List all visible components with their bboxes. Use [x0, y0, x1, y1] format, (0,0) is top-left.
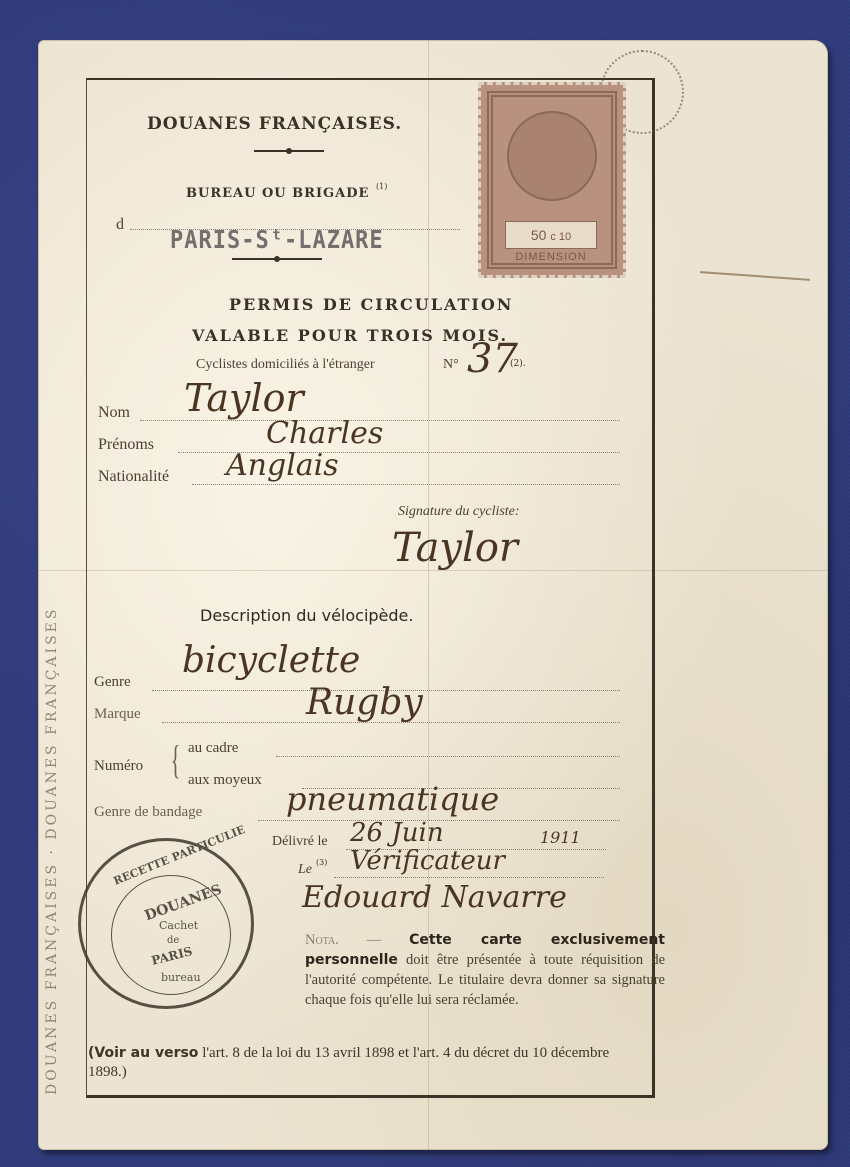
nom-label: Nom: [98, 404, 130, 422]
number-note: (2).: [510, 359, 526, 369]
marque-label: Marque: [94, 706, 141, 723]
cyclist-signature: Taylor: [392, 525, 518, 571]
issued-year: 1911: [540, 828, 581, 847]
number-label: N°: [443, 357, 459, 373]
nationalite-value: Anglais: [226, 448, 339, 483]
le-line: [334, 877, 604, 878]
numero-label: Numéro: [94, 758, 143, 775]
marque-value: Rugby: [306, 682, 423, 723]
issued-date: 26 Juin: [350, 818, 444, 848]
bureau-stamp-paris-st-lazare: PARIS-Sᵗ-LAZARE: [170, 226, 384, 255]
permit-subtitle: Cyclistes domiciliés à l'étranger: [196, 357, 375, 373]
genre-label: Genre: [94, 674, 131, 691]
velocipede-heading: Description du vélocipède.: [200, 606, 413, 625]
genre-value: bicyclette: [182, 640, 360, 681]
le-note: (3): [316, 858, 327, 867]
bureau-label: BUREAU OU BRIGADE: [186, 186, 369, 201]
prenoms-value: Charles: [266, 416, 383, 451]
permit-title: PERMIS DE CIRCULATION: [229, 295, 513, 314]
permit-validity: VALABLE POUR TROIS MOIS.: [192, 326, 508, 345]
nationalite-line: [192, 484, 620, 485]
signature-label: Signature du cycliste:: [398, 504, 520, 520]
seal-line-2: Cachet: [159, 919, 198, 932]
seal-line-3: de: [167, 935, 179, 946]
document-title: DOUANES FRANÇAISES.: [147, 114, 402, 134]
footnote-marker: (1): [376, 182, 387, 191]
ornament-divider: [254, 150, 324, 152]
prenoms-label: Prénoms: [98, 436, 154, 454]
seal-line-5: bureau: [161, 971, 201, 984]
ornament-divider-2: [232, 258, 322, 260]
nota-paragraph: Nota. — Cette carte exclusivement person…: [305, 930, 665, 1010]
customs-seal: RECETTE PARTICULIERE DE LA GARE ST LAZAR…: [78, 838, 254, 1009]
brace: {: [171, 736, 181, 783]
prefix-d: d: [116, 216, 124, 234]
stamp-value: 50 c 10: [505, 221, 597, 249]
bandage-value: pneumatique: [286, 780, 499, 818]
nationalite-label: Nationalité: [98, 468, 169, 486]
au-cadre-label: au cadre: [188, 740, 238, 757]
footer-bold: (Voir au verso: [88, 1045, 198, 1061]
issued-label: Délivré le: [272, 834, 328, 850]
official-signature: Edouard Navarre: [302, 880, 567, 915]
perforated-margin-text: DOUANES FRANÇAISES · DOUANES FRANÇAISES: [44, 95, 74, 1095]
revenue-stamp: 50 c 10 DIMENSION: [478, 82, 626, 278]
bandage-label: Genre de bandage: [94, 804, 202, 821]
nom-value: Taylor: [184, 376, 304, 420]
stamp-label: DIMENSION: [491, 251, 611, 263]
profile-medallion-icon: [507, 111, 597, 201]
nota-prefix: Nota. —: [305, 932, 381, 948]
le-value: Vérificateur: [350, 846, 505, 876]
le-label: Le: [298, 862, 312, 878]
footer-reference: (Voir au verso l'art. 8 de la loi du 13 …: [88, 1044, 638, 1082]
au-cadre-line: [276, 756, 620, 757]
aux-moyeux-label: aux moyeux: [188, 772, 262, 789]
